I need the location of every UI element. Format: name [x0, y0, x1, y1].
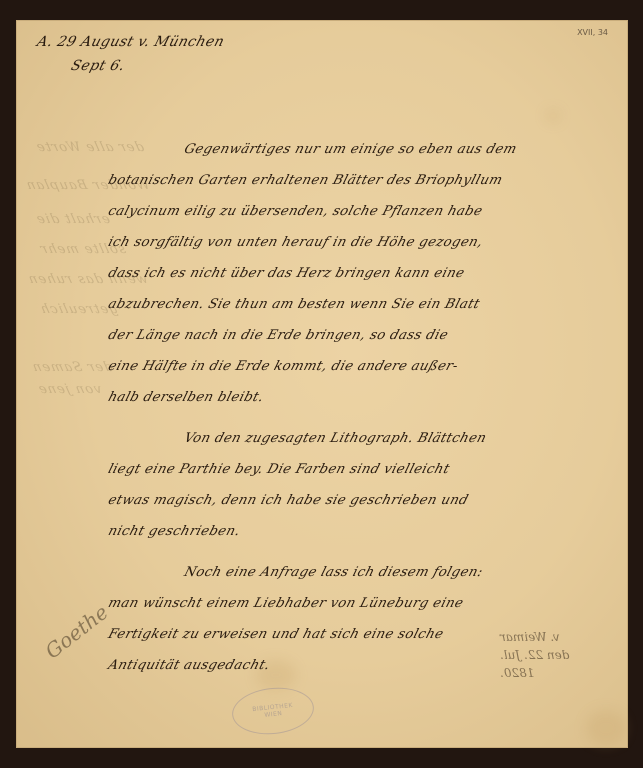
archive-reference-number: XVII, 34	[577, 28, 608, 37]
body-line: etwas magisch, denn ich habe sie geschri…	[104, 485, 633, 516]
paper-stain	[586, 710, 626, 746]
body-line: calycinum eilig zu übersenden, solche Pf…	[104, 196, 633, 227]
body-line: Gegenwärtiges nur um einige so eben aus …	[104, 134, 633, 165]
body-line: abzubrechen. Sie thun am besten wenn Sie…	[104, 289, 633, 320]
body-line: Von den zugesagten Lithograph. Blättchen	[104, 423, 633, 454]
header-note: A. 29 August v. München Sept 6.	[34, 30, 221, 78]
reverse-note-line: 1820.	[500, 664, 569, 682]
reverse-note-line: v. Weimar	[500, 628, 569, 646]
body-line: man wünscht einem Liebhaber von Lüneburg…	[104, 588, 633, 619]
reverse-note-line: den 22. Jul.	[500, 646, 569, 664]
body-line: eine Hälfte in die Erde kommt, die ander…	[104, 351, 633, 382]
body-line: nicht geschrieben.	[104, 516, 633, 547]
body-line: dass ich es nicht über das Herz bringen …	[104, 258, 633, 289]
body-line: liegt eine Parthie bey. Die Farben sind …	[104, 454, 633, 485]
body-line: halb derselben bleibt.	[104, 382, 633, 413]
bleed-through-text: der Samen	[30, 360, 114, 375]
scan-background: der alle Worte Wonder Bauplan erhalt die…	[0, 0, 643, 768]
bleed-through-text: von jene	[36, 382, 103, 397]
paper-stain	[546, 110, 560, 122]
body-line: Noch eine Anfrage lass ich diesem folgen…	[104, 557, 633, 588]
reverse-side-date-note: v. Weimar den 22. Jul. 1820.	[500, 628, 569, 682]
body-line: botanischen Garten erhaltenen Blätter de…	[104, 165, 633, 196]
bleed-through-text: erhalt die	[34, 212, 111, 227]
header-note-line: Sept 6.	[34, 54, 227, 78]
body-line: der Länge nach in die Erde bringen, so d…	[104, 320, 633, 351]
body-line: ich sorgfältig von unten herauf in die H…	[104, 227, 633, 258]
stamp-text: WIEN	[264, 710, 283, 719]
letter-body: Gegenwärtiges nur um einige so eben aus …	[104, 134, 624, 681]
header-note-line: A. 29 August v. München	[34, 30, 227, 54]
